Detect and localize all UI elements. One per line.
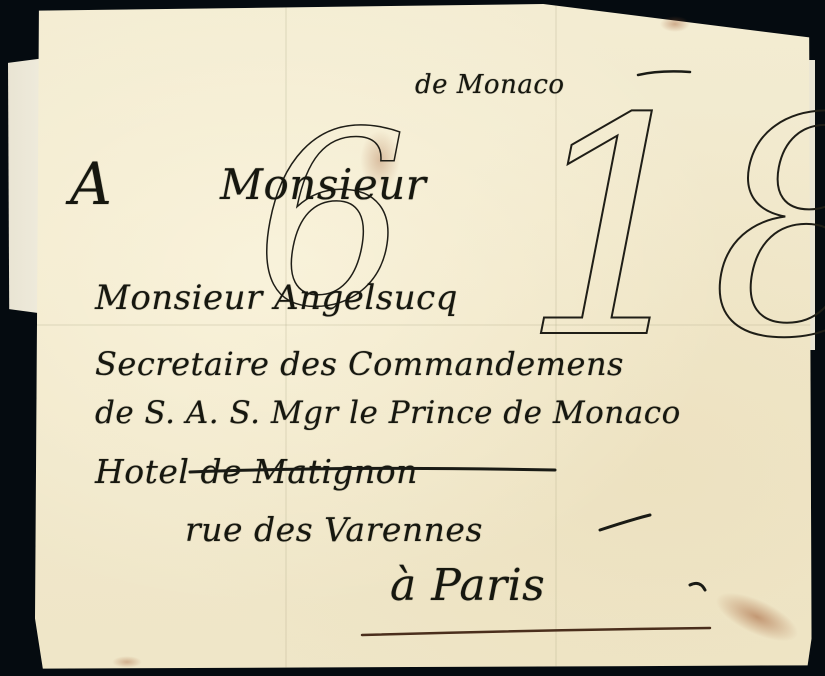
origin-underline-flourish: [638, 71, 690, 75]
street-flourish: [600, 515, 650, 530]
letter-photo: 18 6 de Monaco A Monsieur Monsieur Angel…: [0, 0, 825, 676]
hotel-line-flourish: [190, 468, 555, 472]
paris-underline: [362, 628, 710, 635]
ink-flourishes: [0, 0, 825, 676]
paris-tail-mark: [690, 583, 705, 590]
